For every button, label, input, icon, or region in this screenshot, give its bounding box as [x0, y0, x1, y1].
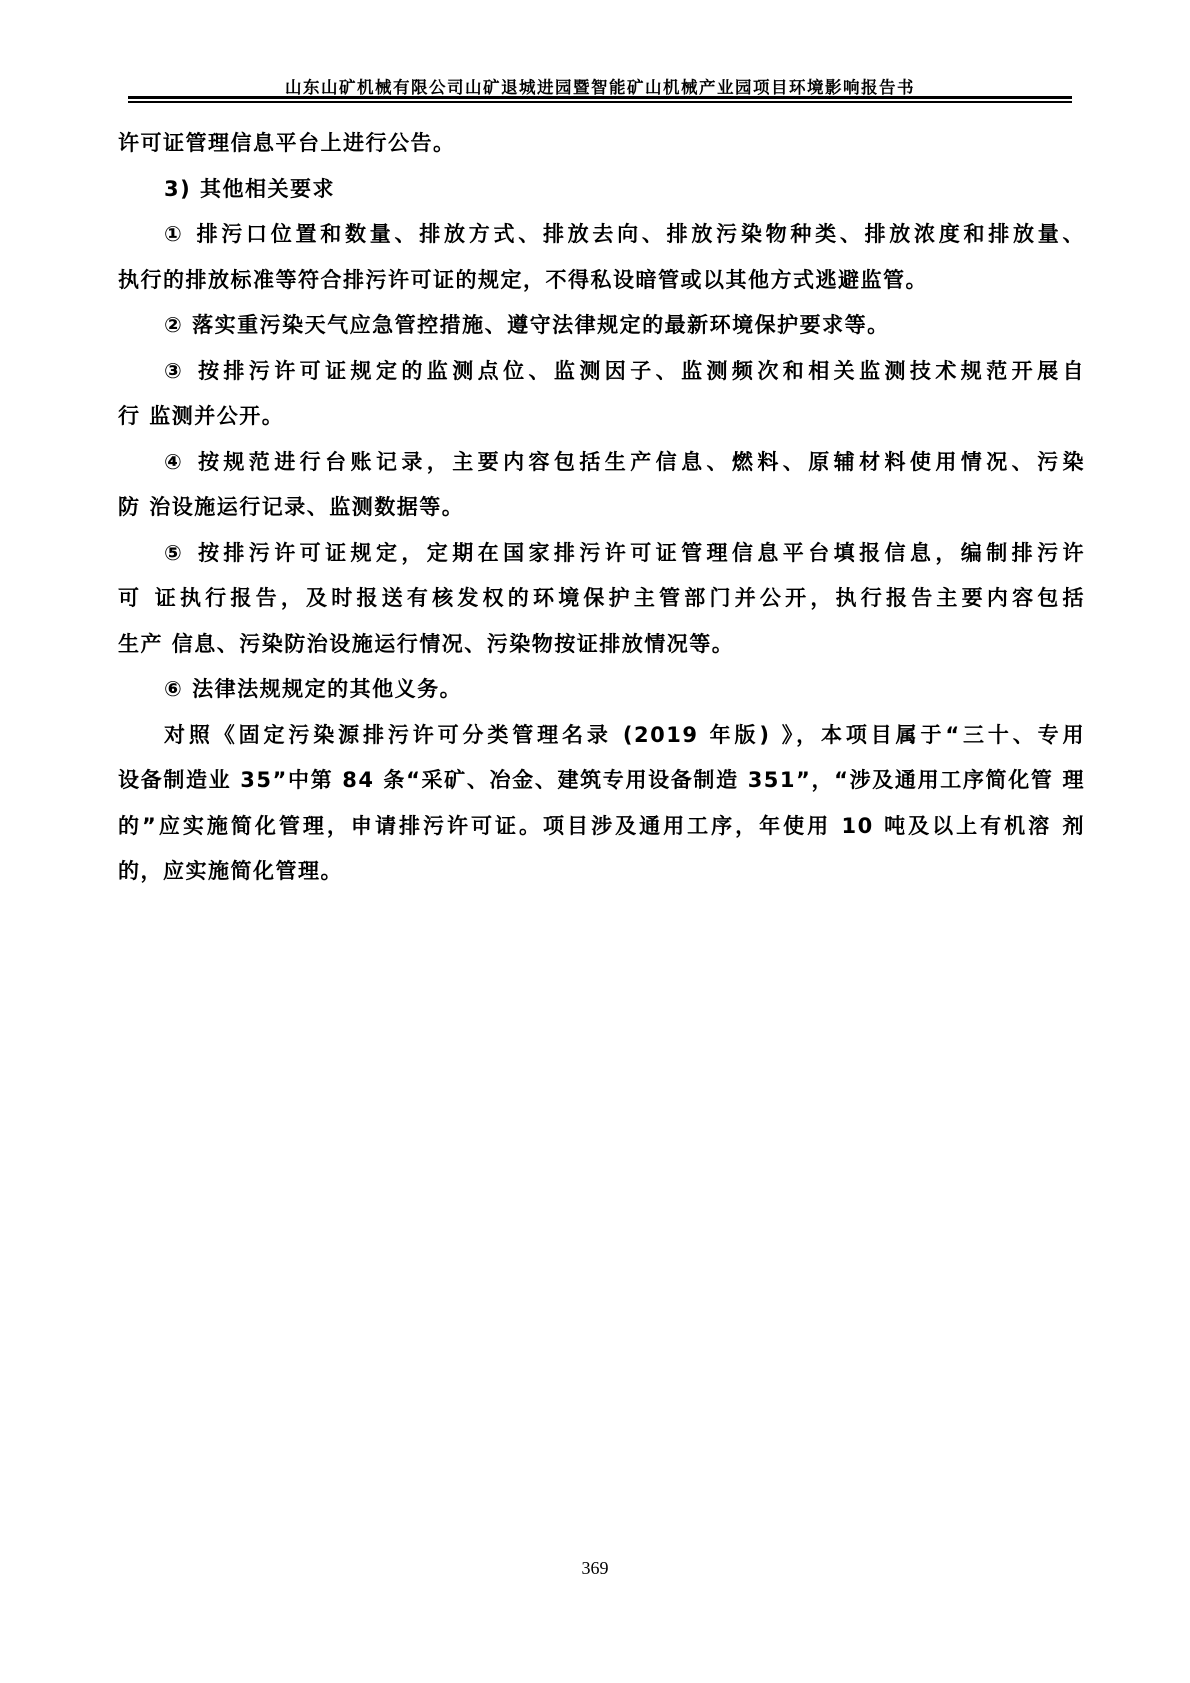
text-line: 执行的排放标准等符合排污许可证的规定，不得私设暗管或以其他方式逃避监管。 — [118, 258, 1085, 304]
header-divider — [128, 96, 1072, 103]
text-line: ④ 按规范进行台账记录，主要内容包括生产信息、燃料、原辅材料使用情况、污染 — [118, 440, 1085, 486]
text-line: 3) 其他相关要求 — [118, 167, 1085, 213]
text-line: 的”应实施简化管理，申请排污许可证。项目涉及通用工序，年使用 10 吨及以上有机… — [118, 804, 1085, 850]
text-line: 许可证管理信息平台上进行公告。 — [118, 121, 1085, 167]
text-line: ⑤ 按排污许可证规定，定期在国家排污许可证管理信息平台填报信息，编制排污许 — [118, 531, 1085, 577]
text-line: 可 证执行报告，及时报送有核发权的环境保护主管部门并公开，执行报告主要内容包括 — [118, 576, 1085, 622]
header-title: 山东山矿机械有限公司山矿退城进园暨智能矿山机械产业园项目环境影响报告书 — [128, 74, 1072, 98]
text-line: 防 治设施运行记录、监测数据等。 — [118, 485, 1085, 531]
text-line: 行 监测并公开。 — [118, 394, 1085, 440]
text-line: ⑥ 法律法规规定的其他义务。 — [118, 667, 1085, 713]
body-text: 许可证管理信息平台上进行公告。3) 其他相关要求① 排污口位置和数量、排放方式、… — [118, 121, 1085, 895]
text-line: ① 排污口位置和数量、排放方式、排放去向、排放污染物种类、排放浓度和排放量、 — [118, 212, 1085, 258]
text-line: ③ 按排污许可证规定的监测点位、监测因子、监测频次和相关监测技术规范开展自 — [118, 349, 1085, 395]
text-line: ② 落实重污染天气应急管控措施、遵守法律规定的最新环境保护要求等。 — [118, 303, 1085, 349]
page-number: 369 — [0, 1558, 1190, 1579]
text-line: 对照《固定污染源排污许可分类管理名录 (2019 年版) 》，本项目属于“三十、… — [118, 713, 1085, 759]
text-line: 生产 信息、污染防治设施运行情况、污染物按证排放情况等。 — [118, 622, 1085, 668]
text-line: 设备制造业 35”中第 84 条“采矿、冶金、建筑专用设备制造 351”，“涉及… — [118, 758, 1085, 804]
header-divider-thin-line — [128, 101, 1072, 103]
text-line: 的，应实施简化管理。 — [118, 849, 1085, 895]
document-page: 山东山矿机械有限公司山矿退城进园暨智能矿山机械产业园项目环境影响报告书 许可证管… — [0, 0, 1190, 1683]
